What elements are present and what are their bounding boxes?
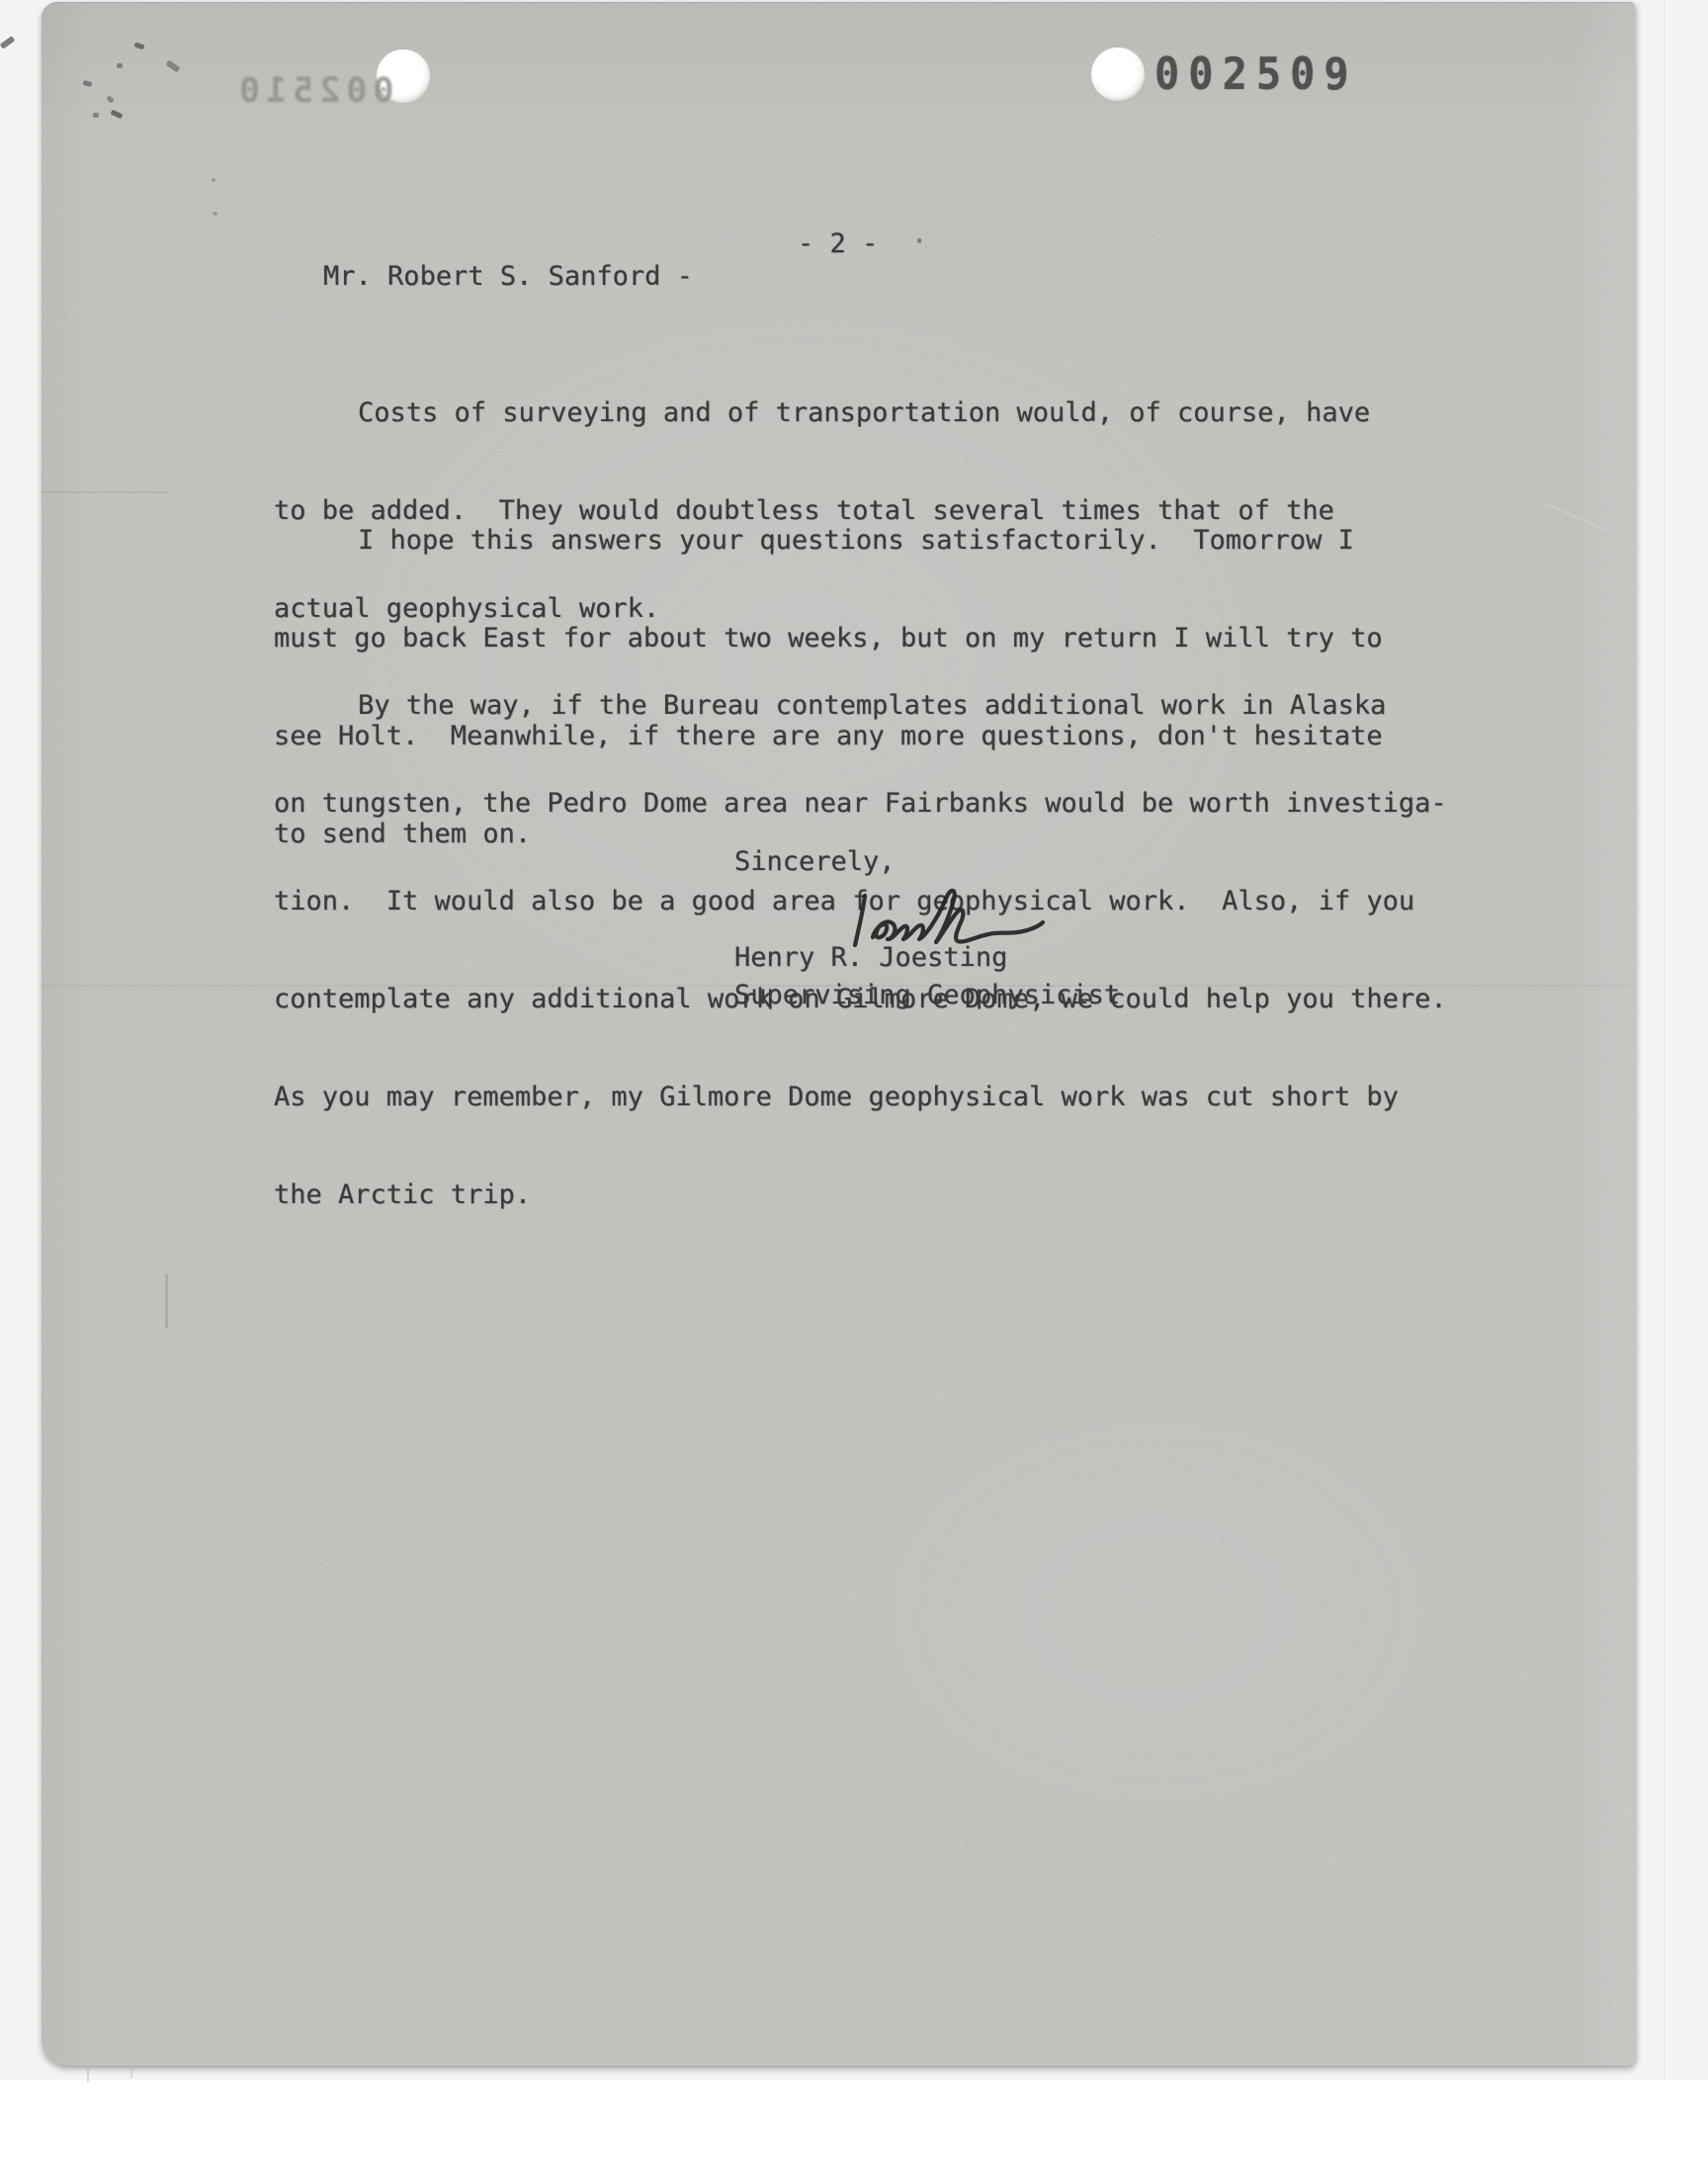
paragraph-line: Costs of surveying and of transportation… <box>274 396 1370 429</box>
closing-salutation: Sincerely, <box>734 845 896 878</box>
bleedthrough-stamp-number: 002510 <box>233 71 393 111</box>
ink-speck <box>117 63 123 68</box>
scan-streak <box>87 2064 89 2082</box>
scan-streak <box>1430 2039 1432 2062</box>
signed-title: Supervising Geophysicist <box>734 979 1120 1011</box>
scratch-mark <box>165 1273 168 1329</box>
paragraph-line: on tungsten, the Pedro Dome area near Fa… <box>274 787 1447 820</box>
paragraph-line: As you may remember, my Gilmore Dome geo… <box>274 1081 1447 1113</box>
signed-name: Henry R. Joesting <box>734 941 1007 974</box>
scanner-edge-line <box>1665 0 1665 2080</box>
ink-speck <box>213 212 217 216</box>
page-number: - 2 - <box>798 227 878 260</box>
scanned-letter-page: 002510 002509 Mr. Robert S. Sanford - - … <box>0 0 1708 2175</box>
ink-speck <box>212 178 215 182</box>
stray-mark: · <box>911 225 927 258</box>
punch-hole-right <box>1091 47 1145 101</box>
paragraph-line: I hope this answers your questions satis… <box>274 524 1383 557</box>
fold-crease <box>42 491 170 493</box>
paragraph-line: the Arctic trip. <box>274 1178 1447 1211</box>
scan-streak <box>130 2064 132 2078</box>
addressee: Mr. Robert S. Sanford - <box>323 261 693 292</box>
page-header: Mr. Robert S. Sanford - <box>259 227 693 325</box>
paragraph-line: By the way, if the Bureau contemplates a… <box>274 689 1447 722</box>
page-stamp-number: 002509 <box>1154 48 1358 100</box>
ink-speck <box>93 113 99 118</box>
